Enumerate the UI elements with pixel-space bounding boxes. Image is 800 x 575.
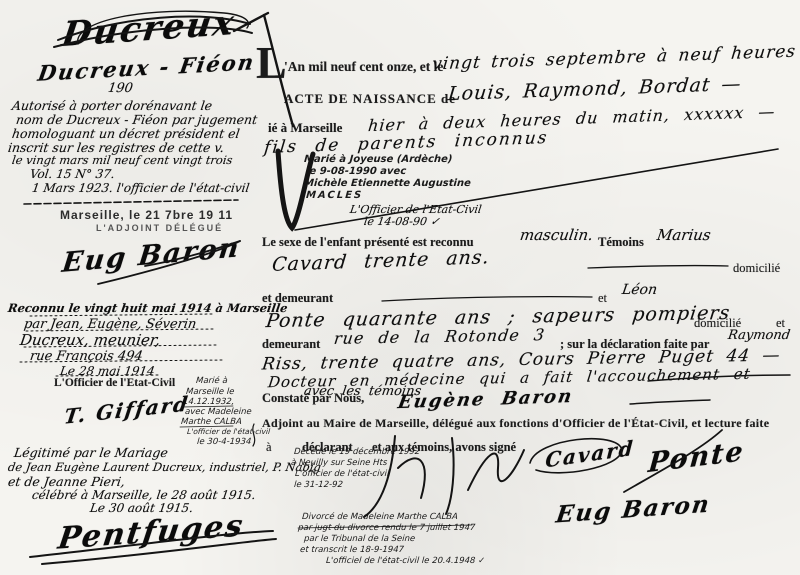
marriage-1932-note-line: Marié à <box>196 377 228 386</box>
fill-rule-after-witness1 <box>588 266 728 268</box>
act-opening-handwritten: vingt trois septembre à neuf heures <box>431 44 797 74</box>
dual-surname: Ducreux - Fiéon <box>36 51 256 84</box>
divorce-note-line: Divorcé de Madeleine Marthe CALBA <box>302 513 458 522</box>
death-note-line: Décédé le 19 décembre 1992 <box>294 448 421 457</box>
child-name: Louis, Raymond, Bordat — <box>447 75 742 104</box>
death-note-line: le 31-12-92 <box>294 481 343 490</box>
act-opening-printed: 'An mil neuf cent onze, et le <box>284 60 443 74</box>
name-change-note-line: le vingt mars mil neuf cent vingt trois <box>11 155 233 167</box>
act-number: 190 <box>107 82 134 95</box>
sex-handwritten: masculin. <box>519 228 594 243</box>
witness1-cavard-signature: Cavard <box>545 438 636 471</box>
delegate-stamp-title: L'ADJOINT DÉLÉGUÉ <box>96 224 223 233</box>
declarant-firstname: Raymond <box>727 329 791 342</box>
recognition-officer-label: L'Officier de l'Etat-Civil <box>54 378 175 390</box>
born-at-printed: ié à Marseille <box>268 121 342 134</box>
residing1-printed: et demeurant <box>262 292 333 305</box>
witness2-ponte-signature: Ponte <box>647 438 746 477</box>
divorce-note-line: et transcrit le 18-9-1947 <box>300 546 405 555</box>
marriage-1990-note-line: MACLES <box>306 191 364 201</box>
recognition-line: par Jean, Eugène, Séverin <box>23 318 197 331</box>
act-title: ACTE DE NAISSANCE de <box>284 92 456 105</box>
death-note-line: à Neuilly sur Seine Hts <box>291 459 388 468</box>
marriage-1932-note-line: avec Madeleine <box>185 408 252 417</box>
marriage-1932-note-line: 14.12.1932, <box>183 398 235 407</box>
officer-inline-signature: Eugène Baron <box>396 388 574 412</box>
witness2-firstname: Léon <box>621 283 658 297</box>
officer-1932-signature: T. Giffard <box>63 393 191 427</box>
fill-rule-after-officer-signature <box>630 400 710 404</box>
fill-rule-after-residing1 <box>382 297 592 301</box>
recognition-line: Reconnu le vingt huit mai 1914 à Marseil… <box>7 303 288 315</box>
crossed-surname: Ducreux <box>60 6 238 53</box>
marriage-1990-note-line: Michèle Etiennette Augustine <box>304 179 471 189</box>
name-change-note-line: Autorisé à porter dorénavant le <box>11 100 213 113</box>
sex-printed: Le sexe de l'enfant présenté est reconnu <box>262 236 474 249</box>
death-note-line: L'officier de l'état-civil <box>295 470 390 479</box>
marriage-1990-note-line: L'Officier de l'Etat-Civil <box>349 204 482 215</box>
legitimation-line: célébré à Marseille, le 28 août 1915. <box>31 489 256 501</box>
witness1-firstname: Marius <box>656 228 712 243</box>
born-time-handwritten: hier à deux heures du matin, xxxxxx — <box>367 104 776 134</box>
divorce-note-line: par jugt du divorce rendu le 7 juillet 1… <box>298 524 476 533</box>
adjoint-signature: Eug Baron <box>61 234 242 277</box>
name-change-note-line: Vol. 15 N° 37. <box>29 168 115 180</box>
to-printed: à <box>266 441 272 454</box>
officer-role-printed: Adjoint au Maire de Marseille, délégué a… <box>262 417 769 429</box>
name-change-note-line: nom de Ducreux - Fiéon par jugement <box>15 114 258 127</box>
witnesses-label: Témoins <box>598 236 644 249</box>
witness1-details: Cavard trente ans. <box>271 248 491 275</box>
recognition-line: Ducreux, meunier, <box>19 333 161 348</box>
and-label-printed: et <box>598 292 607 305</box>
recognition-line: rue François 494 <box>29 350 143 363</box>
stamp-separator-line <box>24 200 238 204</box>
marriage-1990-note-line: le 9-08-1990 avec <box>306 167 407 177</box>
divorce-note-line: par le Tribunal de la Seine <box>304 535 416 544</box>
address-handwritten: rue de la Rotonde 3 <box>333 327 546 347</box>
legitimation-signature: Pentfuges <box>56 511 246 554</box>
residing2-printed: demeurant <box>262 338 320 351</box>
officer-bottom-signature: Eug Baron <box>555 492 713 526</box>
marriage-1932-note-line: Marseille le <box>186 388 235 397</box>
legitimation-line: de Jean Eugène Laurent Ducreux, industri… <box>7 462 321 474</box>
recognition-line: Le 28 mai 1914 <box>59 365 155 377</box>
act-dropcap: L <box>256 40 287 86</box>
delegate-stamp-city-date: Marseille, le 21 7bre 19 11 <box>60 209 233 221</box>
legitimation-line: Légitimé par le Mariage <box>13 447 169 460</box>
marriage-1932-note-line: le 30-4-1934 <box>197 438 252 447</box>
marriage-1990-note-line: Marié à Joyeuse (Ardèche) <box>304 155 453 165</box>
name-change-note-line: homologuant un décret président el <box>11 128 240 141</box>
scanned-birth-certificate: Ducreux Ducreux - Fiéon 190 Autorisé à p… <box>0 0 800 575</box>
domiciled1-printed: domicilié <box>733 262 780 275</box>
marriage-1932-note-line: L'officier de l'état-civil <box>187 428 271 436</box>
marriage-1932-note-line: Marthe CALBA <box>181 418 242 427</box>
name-change-note-line: 1 Mars 1923. l'officier de l'état-civil <box>31 182 250 194</box>
certified-printed: Constaté par Nous, <box>262 392 364 405</box>
divorce-note-line: L'officiel de l'état-civil le 20.4.1948 … <box>326 557 486 566</box>
legitimation-line: et de Jeanne Pieri, <box>7 476 126 489</box>
marriage-1990-note-line: le 14-08-90 ✓ <box>363 216 440 227</box>
